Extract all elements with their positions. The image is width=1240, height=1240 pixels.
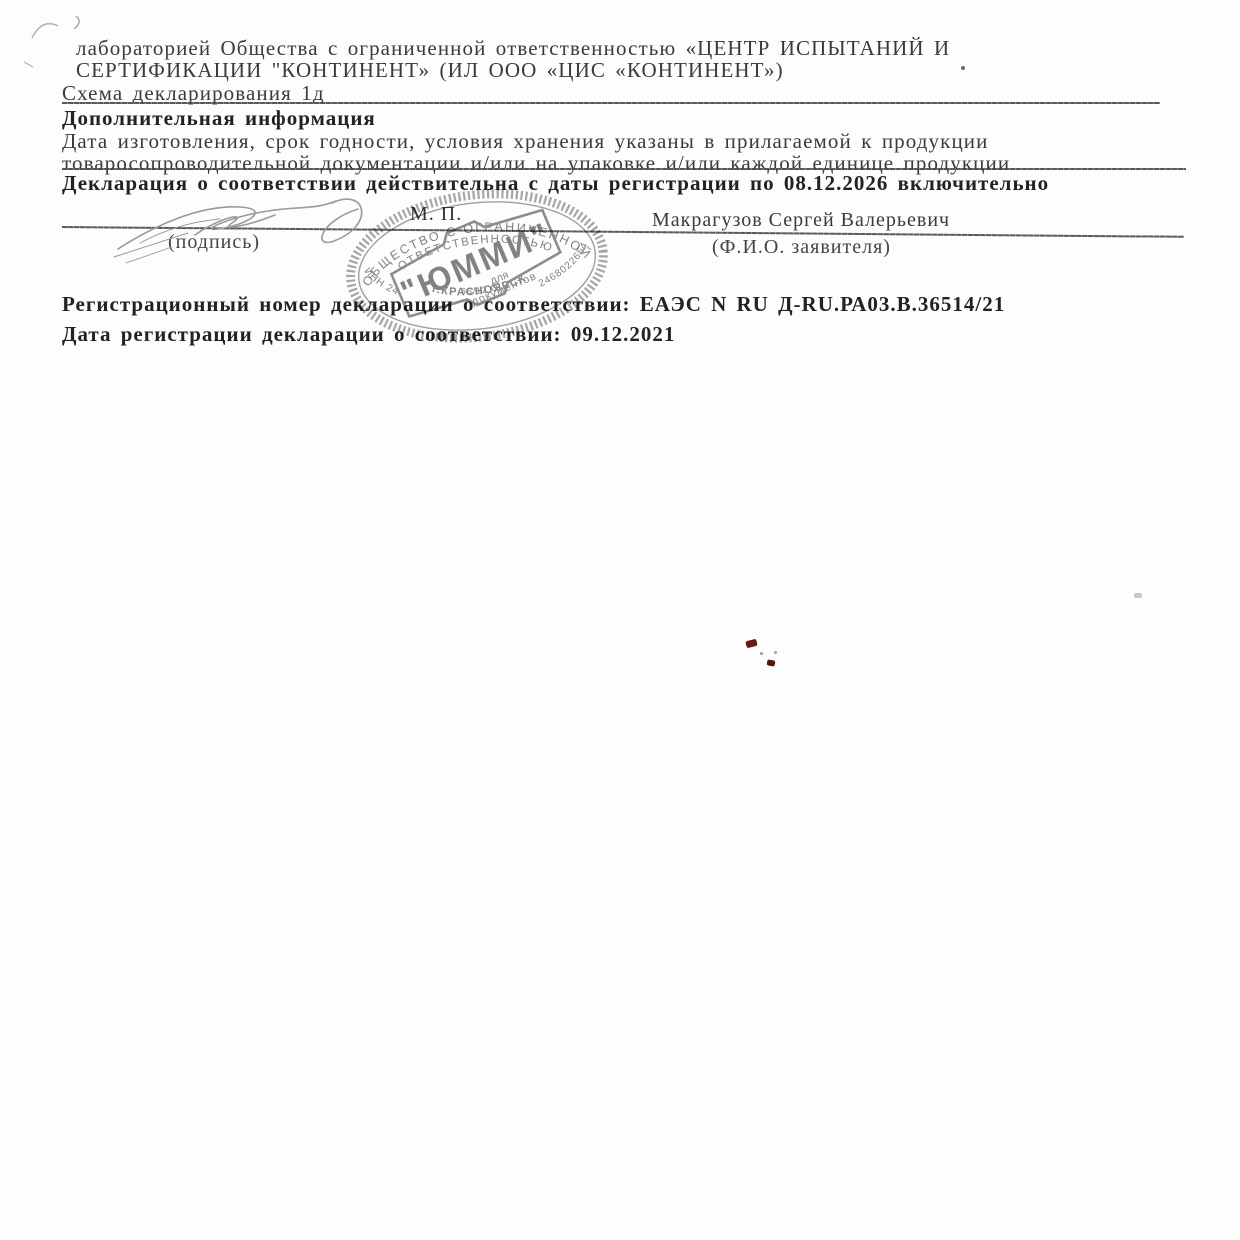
applicant-name: Макрагузов Сергей Валерьевич [652,209,950,232]
additional-info-underline [62,168,1186,170]
additional-info-heading: Дополнительная информация [62,106,376,131]
intro-line-2: СЕРТИФИКАЦИИ "КОНТИНЕНТ» (ИЛ ООО «ЦИС «К… [76,58,784,83]
scanned-declaration-page: лабораторией Общества с ограниченной отв… [0,0,1240,1240]
gray-speck [774,651,777,654]
scan-speck-dot [961,66,965,70]
gray-speck [760,652,763,655]
red-ink-speck [745,639,757,649]
applicant-caption: (Ф.И.О. заявителя) [712,236,891,259]
scheme-underline [62,102,1160,104]
registration-number-value: ЕАЭС N RU Д-RU.РА03.В.36514/21 [640,292,1005,316]
gray-speck [1134,593,1142,598]
red-ink-speck [767,659,776,666]
company-stamp: ОБЩЕСТВО С ОГРАНИЧЕННОЙ ОТВЕТСТВЕННОСТЬЮ… [332,176,622,356]
